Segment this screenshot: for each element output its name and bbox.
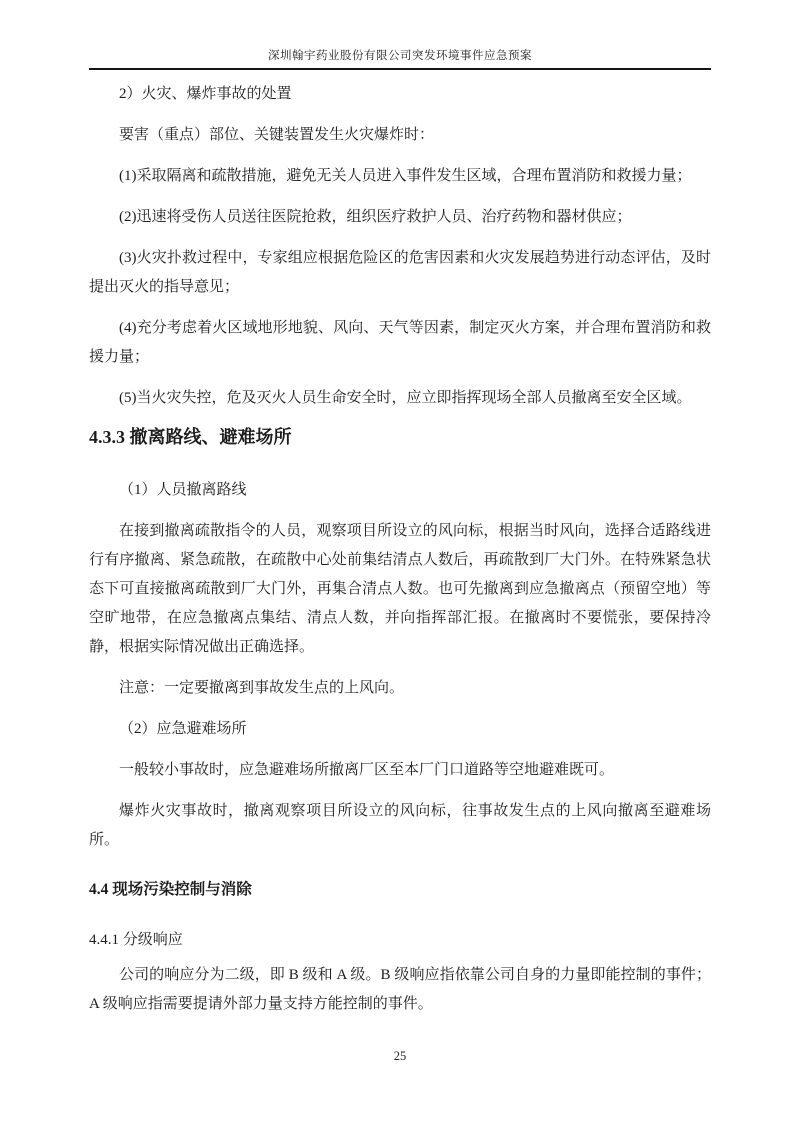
paragraph-fire-explosion-title: 2）火灾、爆炸事故的处置: [89, 80, 711, 109]
page-number: 25: [394, 1049, 407, 1063]
paragraph-note-upwind: 注意：一定要撤离到事故发生点的上风向。: [89, 674, 711, 703]
page-header: 深圳翰宇药业股份有限公司突发环境事件应急预案: [89, 0, 711, 70]
section-heading-44: 4.4 现场污染控制与消除: [89, 880, 711, 900]
paragraph-step-2: (2)迅速将受伤人员送往医院抢救，组织医疗救护人员、治疗药物和器材供应；: [89, 203, 711, 232]
document-content: 2）火灾、爆炸事故的处置 要害（重点）部位、关键装置发生火灾爆炸时： (1)采取…: [89, 80, 711, 1019]
paragraph-response-levels: 公司的响应分为二级，即 B 级和 A 级。B 级响应指依靠公司自身的力量即能控制…: [89, 961, 711, 1019]
section-heading-433: 4.3.3 撤离路线、避难场所: [89, 425, 711, 449]
section-heading-441: 4.4.1 分级响应: [89, 930, 711, 950]
paragraph-key-parts: 要害（重点）部位、关键装置发生火灾爆炸时：: [89, 121, 711, 150]
paragraph-step-4: (4)充分考虑着火区域地形地貌、风向、天气等因素，制定灭火方案，并合理布置消防和…: [89, 314, 711, 372]
header-title: 深圳翰宇药业股份有限公司突发环境事件应急预案: [89, 49, 711, 70]
subsection-title-evacuation-route: （1）人员撤离路线: [89, 476, 711, 505]
paragraph-step-1: (1)采取隔离和疏散措施，避免无关人员进入事件发生区域，合理布置消防和救援力量；: [89, 162, 711, 191]
paragraph-explosion-fire-shelter: 爆炸火灾事故时，撤离观察项目所设立的风向标，往事故发生点的上风向撤离至避难场所。: [89, 797, 711, 855]
paragraph-evacuation-route: 在接到撤离疏散指令的人员，观察项目所设立的风向标，根据当时风向，选择合适路线进行…: [89, 517, 711, 662]
page-footer: 25: [0, 1047, 800, 1065]
document-page: 深圳翰宇药业股份有限公司突发环境事件应急预案 2）火灾、爆炸事故的处置 要害（重…: [0, 0, 800, 1131]
paragraph-minor-accident-shelter: 一般较小事故时，应急避难场所撤离厂区至本厂门口道路等空地避难既可。: [89, 756, 711, 785]
subsection-title-emergency-shelter: （2）应急避难场所: [89, 715, 711, 744]
paragraph-step-5: (5)当火灾失控，危及灭火人员生命安全时，应立即指挥现场全部人员撤离至安全区域。: [89, 384, 711, 413]
paragraph-step-3: (3)火灾扑救过程中，专家组应根据危险区的危害因素和火灾发展趋势进行动态评估，及…: [89, 244, 711, 302]
